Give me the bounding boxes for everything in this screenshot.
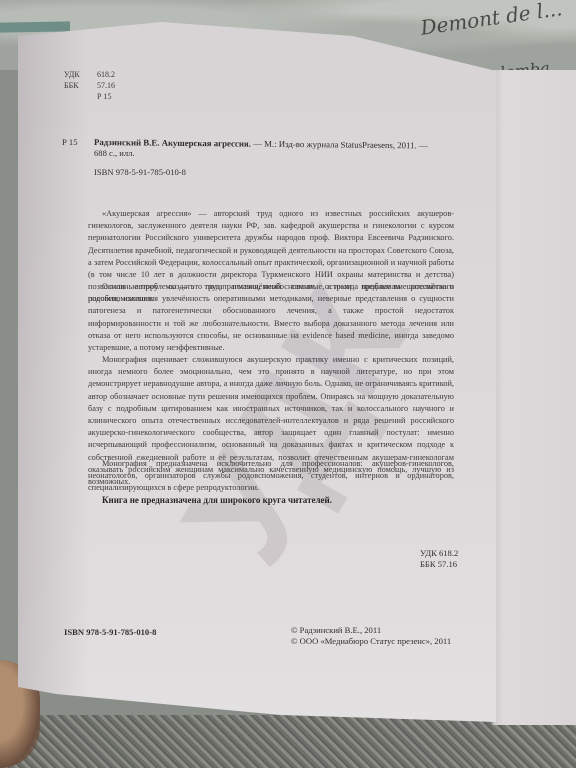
pages-count: 688 с., илл. bbox=[94, 148, 135, 159]
bbk-value: 57.16 bbox=[97, 81, 115, 90]
copyright-publisher: © ООО «Медиабюро Статус презенс», 2011 bbox=[291, 636, 451, 647]
author-mark: Р 15 bbox=[62, 137, 78, 148]
isbn-bottom: ISBN 978-5-91-785-010-8 bbox=[64, 627, 156, 638]
isbn-top: ISBN 978-5-91-785-010-8 bbox=[94, 167, 186, 178]
author-mark-top: Р 15 bbox=[97, 92, 111, 101]
udk-label: УДК bbox=[64, 70, 80, 79]
audience-note: Книга не предназначена для широкого круг… bbox=[102, 495, 332, 505]
bbk-label: ББК bbox=[64, 81, 79, 90]
annotation-paragraph-2: Основные проблемы — это полипрагмазия, н… bbox=[88, 281, 454, 354]
udk-value: 618.2 bbox=[97, 70, 115, 79]
cover-edge bbox=[0, 21, 70, 32]
publisher-info: — М.: Изд-во журнала StatusPraesens, 201… bbox=[253, 139, 428, 151]
copyright-author: © Радзинский В.Е., 2011 bbox=[291, 625, 381, 636]
table-surface bbox=[0, 715, 576, 768]
bbk-bottom: ББК 57.16 bbox=[420, 559, 457, 570]
author-title: Радзинский В.Е. Акушерская агрессия. bbox=[94, 137, 251, 149]
udk-bottom: УДК 618.2 bbox=[420, 548, 458, 559]
next-page-edge bbox=[492, 70, 576, 725]
annotation-paragraph-4: Монография предназначена исключительно д… bbox=[88, 458, 454, 495]
